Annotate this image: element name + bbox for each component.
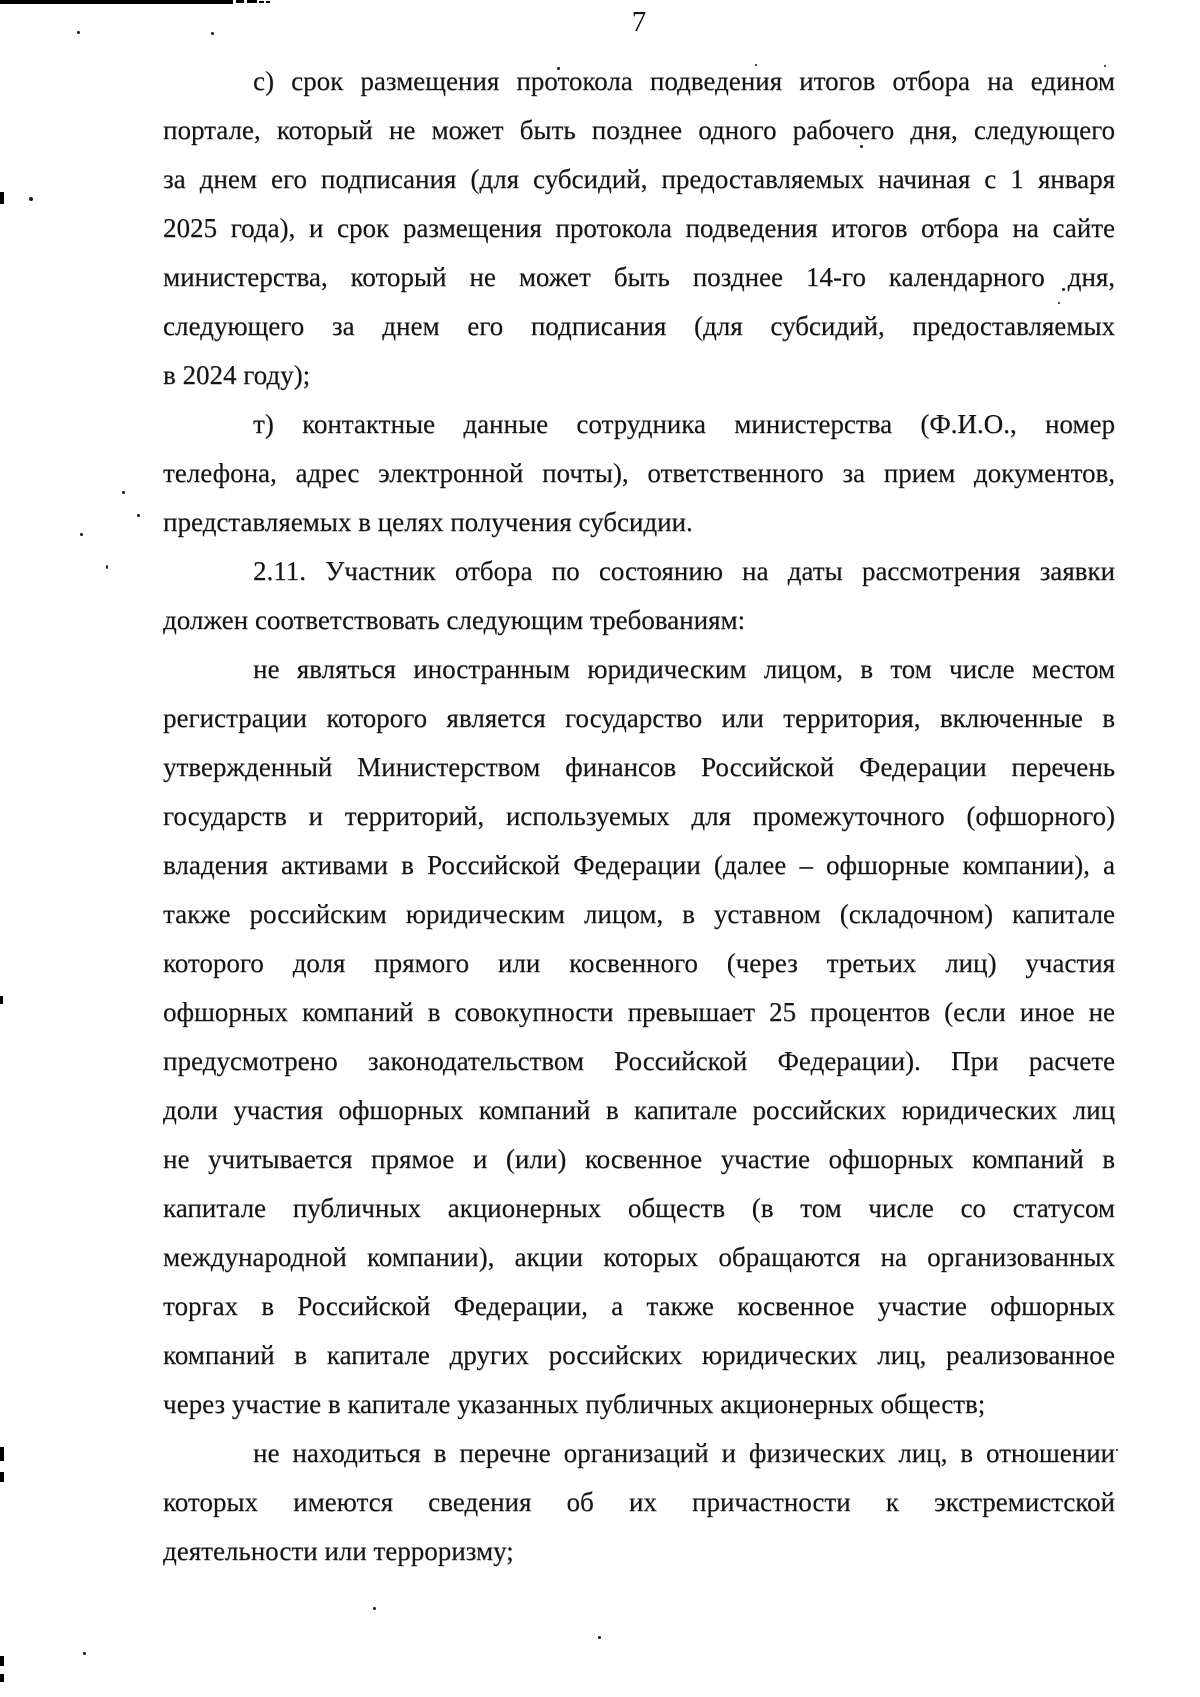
text-line: деятельности или терроризму; bbox=[163, 1527, 1115, 1576]
text-line: следующего за днем его подписания (для с… bbox=[163, 302, 1115, 351]
scan-artifact-left-mark bbox=[0, 1674, 4, 1682]
speckle bbox=[373, 1607, 376, 1610]
scan-artifact-left-mark bbox=[0, 1447, 4, 1461]
text-line: представляемых в целях получения субсиди… bbox=[163, 498, 1115, 547]
speckle bbox=[122, 491, 125, 494]
speckle bbox=[83, 1652, 86, 1655]
text-line: офшорных компаний в совокупности превыша… bbox=[163, 988, 1115, 1037]
speckle bbox=[1116, 1449, 1118, 1451]
text-line: также российским юридическим лицом, в ус… bbox=[163, 890, 1115, 939]
text-line: портале, который не может быть позднее о… bbox=[163, 106, 1115, 155]
text-line: государств и территорий, используемых дл… bbox=[163, 792, 1115, 841]
text-line: с) срок размещения протокола подведения … bbox=[163, 57, 1115, 106]
scan-artifact-left-mark bbox=[0, 192, 4, 204]
speckle bbox=[29, 197, 33, 201]
text-line: доли участия офшорных компаний в капитал… bbox=[163, 1086, 1115, 1135]
speckle bbox=[211, 32, 214, 35]
scan-artifact-top-dash bbox=[247, 0, 257, 3]
text-line: международной компании), акции которых о… bbox=[163, 1233, 1115, 1282]
speckle bbox=[137, 514, 140, 517]
scan-artifact-top-dash bbox=[236, 0, 244, 3]
text-line: не находиться в перечне организаций и фи… bbox=[163, 1429, 1115, 1478]
text-line: телефона, адрес электронной почты), отве… bbox=[163, 449, 1115, 498]
speckle bbox=[80, 533, 83, 536]
speckle bbox=[77, 31, 80, 34]
text-line: 2.11. Участник отбора по состоянию на да… bbox=[163, 547, 1115, 596]
text-line: предусмотрено законодательством Российск… bbox=[163, 1037, 1115, 1086]
text-line: капитале публичных акционерных обществ (… bbox=[163, 1184, 1115, 1233]
text-line: не учитывается прямое и (или) косвенное … bbox=[163, 1135, 1115, 1184]
text-line: 2025 года), и срок размещения протокола … bbox=[163, 204, 1115, 253]
scan-artifact-left-mark bbox=[0, 996, 3, 1004]
document-text-block: с) срок размещения протокола подведения … bbox=[163, 57, 1115, 1576]
scan-artifact-top-line bbox=[0, 0, 233, 4]
text-line: которых имеются сведения об их причастно… bbox=[163, 1478, 1115, 1527]
text-line: компаний в капитале других российских юр… bbox=[163, 1331, 1115, 1380]
text-line: т) контактные данные сотрудника министер… bbox=[163, 400, 1115, 449]
page-number: 7 bbox=[600, 6, 678, 38]
text-line: регистрации которого является государств… bbox=[163, 694, 1115, 743]
scan-artifact-left-mark bbox=[0, 1472, 4, 1482]
text-line: утвержденный Министерством финансов Росс… bbox=[163, 743, 1115, 792]
scan-artifact-top-dash bbox=[259, 1, 264, 3]
text-line: торгах в Российской Федерации, а также к… bbox=[163, 1282, 1115, 1331]
text-line: через участие в капитале указанных публи… bbox=[163, 1380, 1115, 1429]
speckle bbox=[598, 1636, 601, 1639]
text-line: в 2024 году); bbox=[163, 351, 1115, 400]
scanned-document-page: { "page": { "number": "7" }, "doc": { "l… bbox=[0, 0, 1200, 1697]
text-line: не являться иностранным юридическим лицо… bbox=[163, 645, 1115, 694]
text-line: должен соответствовать следующим требова… bbox=[163, 596, 1115, 645]
scan-artifact-top-dash bbox=[266, 1, 270, 3]
scan-artifact-left-mark bbox=[0, 1656, 4, 1666]
speckle bbox=[106, 565, 108, 569]
text-line: владения активами в Российской Федерации… bbox=[163, 841, 1115, 890]
text-line: за днем его подписания (для субсидий, пр… bbox=[163, 155, 1115, 204]
text-line: министерства, который не может быть позд… bbox=[163, 253, 1115, 302]
text-line: которого доля прямого или косвенного (че… bbox=[163, 939, 1115, 988]
